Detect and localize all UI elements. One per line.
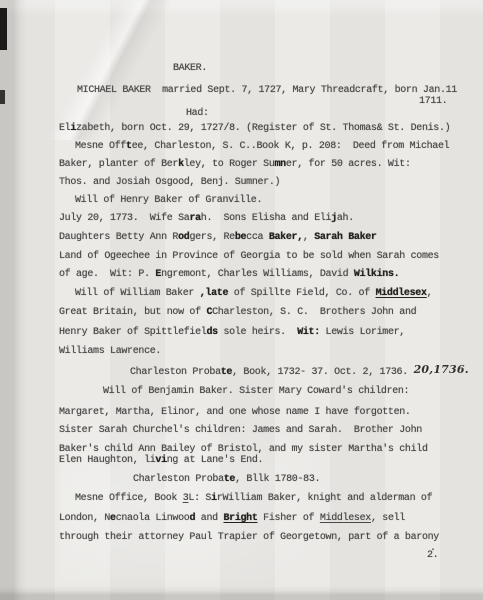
scanned-document: { "meta": { "heading": "BAKER.", "page_n… [0,0,483,600]
typed-line: Will of William Baker ,late of Spillte F… [75,287,432,300]
typed-line: Henry Baker of Spittlefields sole heirs.… [59,326,405,339]
typed-line: Great Britain, but now of CCharleston, S… [59,306,416,319]
typed-line: Sister Sarah Churchel's children: James … [59,424,422,437]
typed-line: Margaret, Martha, Elinor, and one whose … [59,406,411,419]
paper-background: BAKER.MICHAEL BAKER married Sept. 7, 172… [0,0,483,600]
typed-line: Charleston Probate, Bllk 1780-83. [133,473,320,486]
scan-edge-artifact [0,8,7,50]
typed-line: Williams Lawrence. [59,345,161,358]
typed-line: of age. Wit: P. Engremont, Charles Willi… [59,268,399,281]
typed-line: Will of Henry Baker of Granville. [75,194,262,207]
typed-line: Elizabeth, born Oct. 29, 1727/8. (Regist… [59,122,450,135]
page-number: 2. [427,549,438,562]
typed-line: Mesne Office, Book 3L: SirWilliam Baker,… [75,492,432,505]
typed-line: London, Necnaola Linwood and Bright Fish… [59,512,405,525]
typed-line: Daughters Betty Ann Rodgers, Rebecca Bak… [59,231,377,244]
typed-line: Charleston Probate, Book, 1732- 37. Oct.… [130,364,469,379]
scan-edge-artifact [0,90,5,104]
typed-line: MICHAEL BAKER married Sept. 7, 1727, Mar… [77,84,457,97]
typed-line: Will of Benjamin Baker. Sister Mary Cowa… [103,385,409,398]
typed-line: Baker, planter of Berkley, to Roger Sumn… [59,158,411,171]
typed-line: Elen Haughton, living at Lane's End. [59,454,263,467]
typed-line: 1711. [419,95,447,108]
typed-line: Land of Ogeechee in Province of Georgia … [59,250,439,263]
handwritten-annotation: 20,1736. [414,363,469,376]
typed-line: through their attorney Paul Trapier of G… [59,531,439,544]
typed-line: Thos. and Josiah Osgood, Benj. Sumner.) [59,176,280,189]
typed-line: Had: [186,107,209,120]
document-heading: BAKER. [173,62,207,75]
typed-line: July 20, 1773. Wife Sarah. Sons Elisha a… [59,212,354,225]
typed-line: Mesne Offtee, Charleston, S. C..Book K, … [75,140,449,153]
